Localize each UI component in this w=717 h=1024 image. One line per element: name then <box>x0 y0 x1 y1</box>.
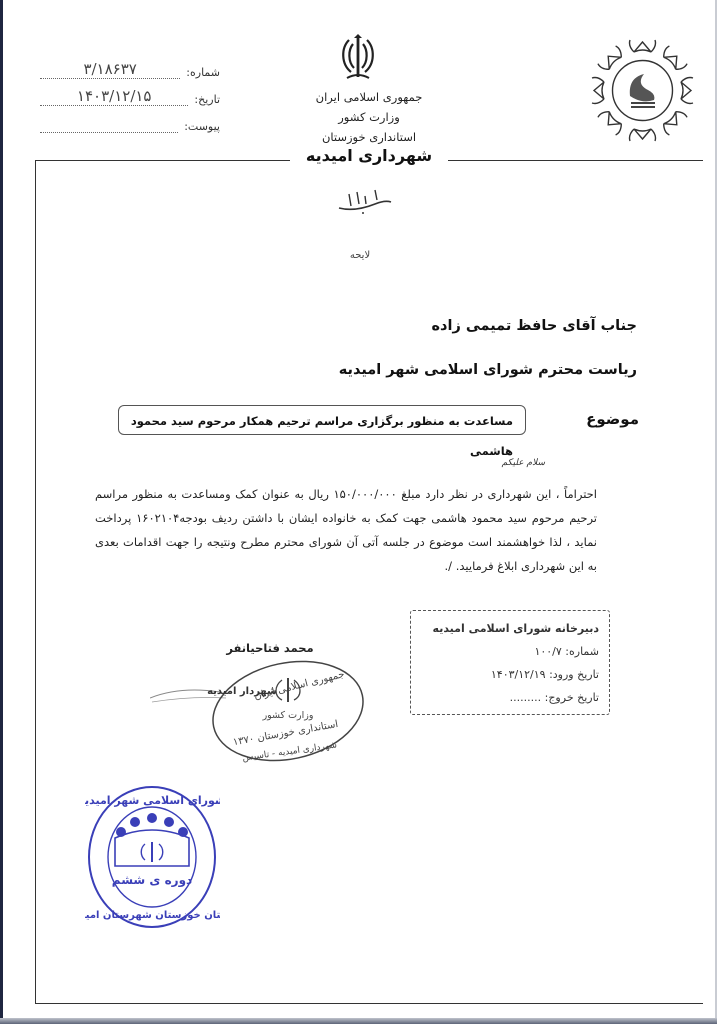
signer-name: محمد فتاحیانفر <box>210 641 330 655</box>
number-value: ۳/۱۸۶۳۷ <box>40 60 180 79</box>
svg-text:دوره ی ششم: دوره ی ششم <box>112 873 192 888</box>
issuer-block: جمهوری اسلامی ایران وزارت کشور استانداری… <box>290 87 448 147</box>
number-label: شماره: <box>186 66 220 79</box>
registry-number: شماره: ۱۰۰/۷ <box>411 640 599 663</box>
subject-label: موضوع <box>586 410 639 428</box>
recipient-name: جناب آقای حافظ تمیمی زاده <box>432 318 638 334</box>
scan-edge <box>0 0 3 1024</box>
office-stamp-icon: جمهوری اسلامی ایران شهردار امیدیه وزارت … <box>150 656 370 766</box>
letter-type: لایحه <box>330 250 390 261</box>
municipality-logo-icon <box>590 38 695 143</box>
svg-text:شورای اسلامی شهر امیدیه: شورای اسلامی شهر امیدیه <box>85 794 220 807</box>
svg-text:شهردار امیدیه: شهردار امیدیه <box>207 686 277 697</box>
letter-body: احتراماً ، این شهرداری در نظر دارد مبلغ … <box>95 482 623 578</box>
recipient-title: ریاست محترم شورای اسلامی شهر امیدیه <box>339 362 637 378</box>
letterhead-title: شهرداری امیدیه <box>290 146 448 165</box>
number-field: شماره: ۳/۱۸۶۳۷ <box>40 52 220 79</box>
date-label: تاریخ: <box>194 93 220 106</box>
registry-exit-date: تاریخ خروج: ......... <box>411 686 599 709</box>
letter-meta: شماره: ۳/۱۸۶۳۷ تاریخ: ۱۴۰۳/۱۲/۱۵ پیوست: <box>40 52 220 133</box>
svg-text:وزارت کشور: وزارت کشور <box>262 710 314 721</box>
page-frame <box>35 1003 703 1004</box>
issuer-line-ministry: وزارت کشور <box>290 107 448 127</box>
date-field: تاریخ: ۱۴۰۳/۱۲/۱۵ <box>40 79 220 106</box>
body-paragraph: احتراماً ، این شهرداری در نظر دارد مبلغ … <box>95 482 623 578</box>
issuer-line-province: استانداری خوزستان <box>290 127 448 147</box>
council-seal-icon: شورای اسلامی شهر امیدیه دوره ی ششم استان… <box>85 782 220 932</box>
header-rule <box>35 160 290 161</box>
attachment-value <box>40 114 178 133</box>
registry-stamp: دبیرخانه شورای اسلامی امیدیه شماره: ۱۰۰/… <box>410 610 610 715</box>
attachment-label: پیوست: <box>184 120 220 133</box>
issuer-line-country: جمهوری اسلامی ایران <box>290 87 448 107</box>
svg-text:استان خوزستان شهرستان امیدیه: استان خوزستان شهرستان امیدیه <box>85 910 220 921</box>
scan-edge <box>0 1018 717 1024</box>
iran-emblem-icon <box>339 34 377 84</box>
attachment-field: پیوست: <box>40 106 220 133</box>
date-value: ۱۴۰۳/۱۲/۱۵ <box>40 87 188 106</box>
subject-box: مساعدت به منظور برگزاری مراسم ترحیم همکا… <box>118 405 526 435</box>
bismillah-calligraphy-icon <box>335 186 395 216</box>
greeting: سلام علیکم <box>502 458 545 468</box>
registry-entry-date: تاریخ ورود: ۱۴۰۳/۱۲/۱۹ <box>411 663 599 686</box>
registry-title: دبیرخانه شورای اسلامی امیدیه <box>411 617 599 640</box>
page-frame <box>35 160 36 1003</box>
header-rule <box>448 160 703 161</box>
